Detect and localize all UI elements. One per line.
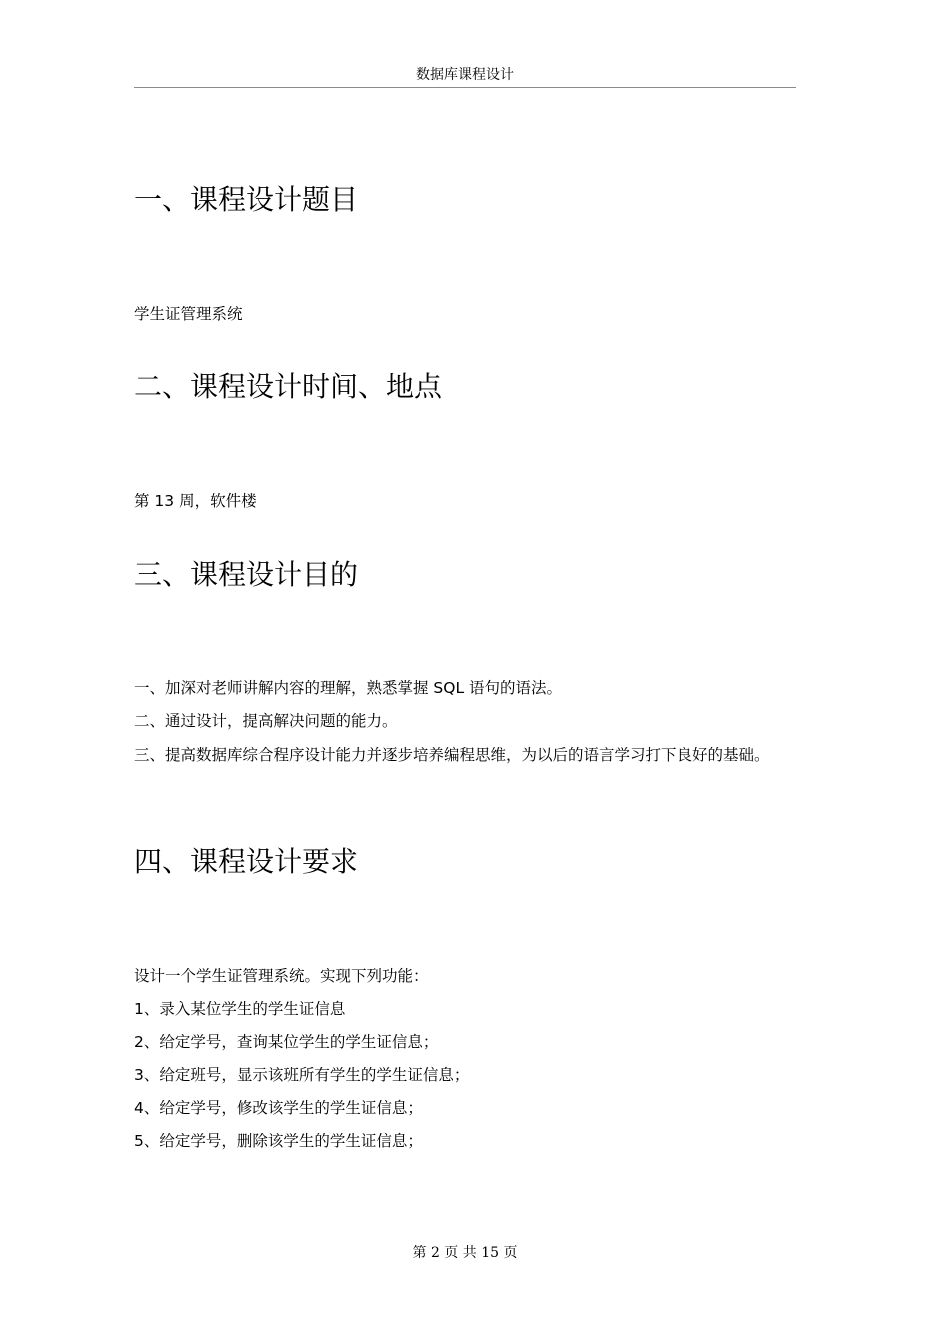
requirement-item-2: 2、给定学号，查询某位学生的学生证信息； — [134, 1026, 799, 1059]
section-heading-requirements: 四、课程设计要求 — [134, 844, 358, 880]
requirement-item-4: 4、给定学号，修改该学生的学生证信息； — [134, 1092, 799, 1125]
header-divider — [134, 87, 796, 88]
section-body-requirements: 设计一个学生证管理系统。实现下列功能： 1、录入某位学生的学生证信息 2、给定学… — [134, 960, 799, 1158]
section-heading-time-place: 二、课程设计时间、地点 — [134, 369, 442, 405]
requirement-item-3: 3、给定班号，显示该班所有学生的学生证信息； — [134, 1059, 799, 1092]
section-heading-topic: 一、课程设计题目 — [134, 182, 358, 218]
purpose-item-3: 三、提高数据库综合程序设计能力并逐步培养编程思维，为以后的语言学习打下良好的基础… — [134, 738, 799, 773]
requirement-item-1: 1、录入某位学生的学生证信息 — [134, 993, 799, 1026]
purpose-item-2: 二、通过设计，提高解决问题的能力。 — [134, 705, 799, 738]
section-body-time-place: 第 13 周，软件楼 — [134, 485, 799, 518]
requirement-item-5: 5、给定学号，删除该学生的学生证信息； — [134, 1125, 799, 1158]
section-body-purpose: 一、加深对老师讲解内容的理解，熟悉掌握 SQL 语句的语法。 二、通过设计，提高… — [134, 672, 799, 773]
purpose-item-1: 一、加深对老师讲解内容的理解，熟悉掌握 SQL 语句的语法。 — [134, 672, 799, 705]
requirements-intro: 设计一个学生证管理系统。实现下列功能： — [134, 960, 799, 993]
page-number: 第 2 页 共 15 页 — [0, 1242, 930, 1264]
paragraph: 学生证管理系统 — [134, 298, 799, 331]
section-body-topic: 学生证管理系统 — [134, 298, 799, 331]
paragraph: 第 13 周，软件楼 — [134, 485, 799, 518]
running-header: 数据库课程设计 — [134, 64, 796, 86]
section-heading-purpose: 三、课程设计目的 — [134, 557, 358, 593]
